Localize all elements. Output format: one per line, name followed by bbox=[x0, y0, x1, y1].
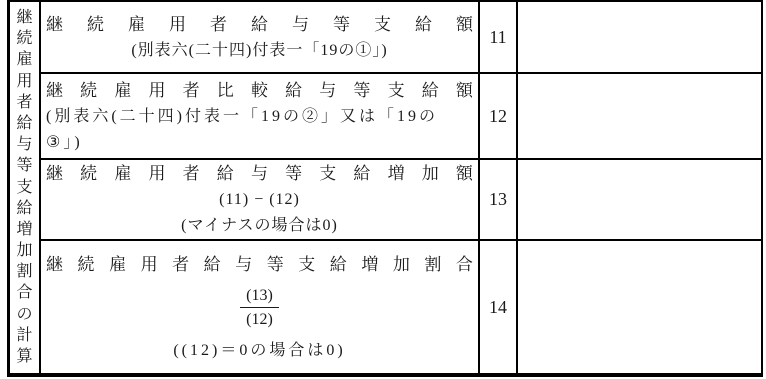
row-12-value-cell bbox=[518, 74, 761, 160]
salary-increase-ratio-table: 継続雇用者給与等支給増加割合の計算 継続雇用者給与等支給額 (別表六(二十四)付… bbox=[7, 0, 763, 377]
row-14-fraction-formula: (13) (12) bbox=[240, 285, 279, 330]
row-12-label-cell: 継続雇用者比較給与等支給額 (別表六(二十四)付表一「19の②」又は「19の ③… bbox=[41, 74, 480, 160]
row-13-line-number: 13 bbox=[480, 160, 518, 241]
row-12-line-number: 12 bbox=[480, 74, 518, 160]
row-14-value-cell bbox=[518, 241, 761, 373]
row-12-label-reference: (別表六(二十四)付表一「19の②」又は「19の bbox=[46, 104, 473, 130]
row-13-value-cell bbox=[518, 160, 761, 241]
row-14-label-cell: 継続雇用者給与等支給増加割合 (13) (12) ((12)＝0の場合は0) bbox=[41, 241, 480, 373]
row-11-value-cell bbox=[518, 2, 761, 74]
row-12-label-title: 継続雇用者比較給与等支給額 bbox=[46, 77, 473, 104]
row-13-formula: (11) − (12) bbox=[219, 187, 300, 213]
row-13-label-cell: 継続雇用者給与等支給増加額 (11) − (12) (マイナスの場合は0) bbox=[41, 160, 480, 241]
row-12-label-reference-cont: ③」) bbox=[46, 130, 473, 156]
row-14-condition-note: ((12)＝0の場合は0) bbox=[173, 338, 345, 364]
row-13-label-title: 継続雇用者給与等支給増加額 bbox=[46, 160, 473, 187]
fraction-denominator: (12) bbox=[246, 308, 273, 330]
row-14-label-title: 継続雇用者給与等支給増加割合 bbox=[46, 251, 473, 278]
row-13-condition-note: (マイナスの場合は0) bbox=[181, 213, 338, 239]
row-11-label-reference: (別表六(二十四)付表一「19の①」) bbox=[131, 38, 387, 64]
row-11-label-cell: 継続雇用者給与等支給額 (別表六(二十四)付表一「19の①」) bbox=[41, 2, 480, 74]
row-11-label-title: 継続雇用者給与等支給額 bbox=[46, 11, 473, 38]
form-page: 継続雇用者給与等支給増加割合の計算 継続雇用者給与等支給額 (別表六(二十四)付… bbox=[0, 0, 766, 379]
row-14-line-number: 14 bbox=[480, 241, 518, 373]
row-11-line-number: 11 bbox=[480, 2, 518, 74]
section-vertical-label: 継続雇用者給与等支給増加割合の計算 bbox=[10, 2, 41, 373]
fraction-numerator: (13) bbox=[240, 285, 279, 308]
